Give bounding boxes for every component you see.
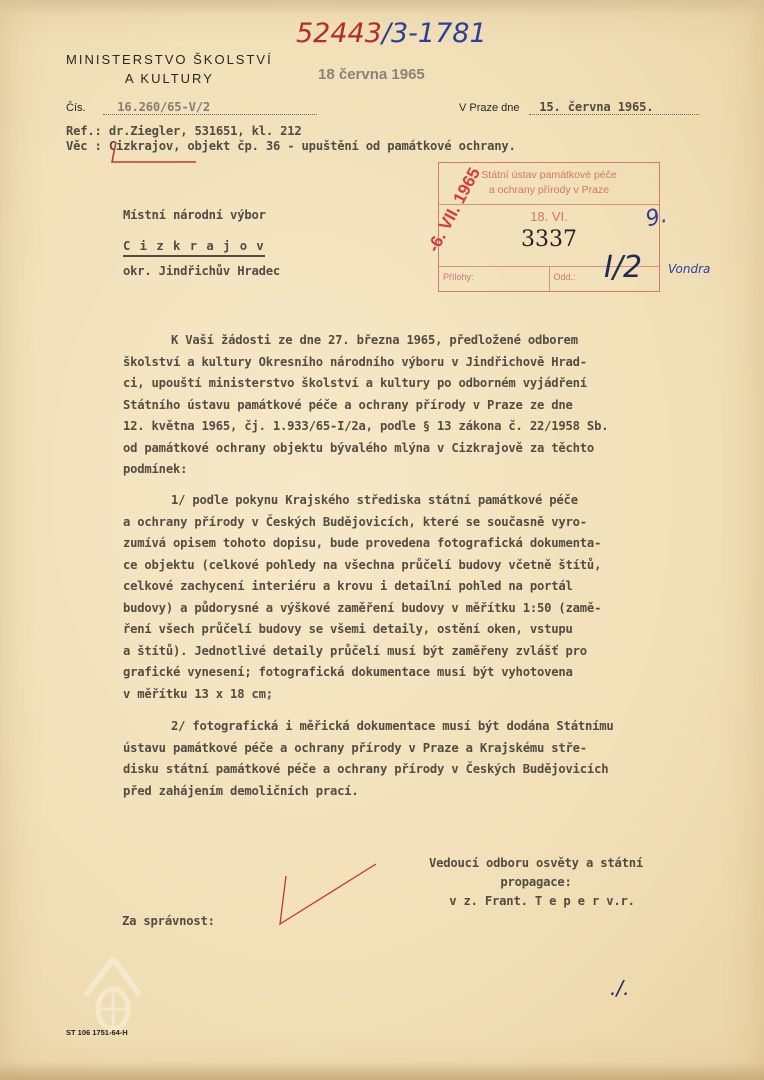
body-line: ření všech průčelí budovy se všemi detai… <box>123 619 733 641</box>
body-line: podmínek: <box>123 459 733 481</box>
paper-edge-top <box>0 0 764 14</box>
place-date-label: V Praze dne <box>459 102 520 114</box>
signature-title: Vedoucí odboru osvěty a státní <box>396 854 676 873</box>
letterhead-line-2: A KULTURY <box>66 69 273 88</box>
body-paragraph-1: K Vaší žádosti ze dne 27. března 1965, p… <box>123 330 733 481</box>
body-line: ústavu památkové péče a ochrany přírody … <box>123 738 733 760</box>
referent-line: Ref.: dr.Ziegler, 531651, kl. 212 <box>66 124 302 138</box>
registry-stamp-number: 3337 <box>439 227 659 252</box>
body-line: zumívá opisem tohoto dopisu, bude proved… <box>123 533 733 555</box>
document-page: 52443/3-1781 MINISTERSTVO ŠKOLSTVÍ A KUL… <box>0 0 764 1080</box>
signature-name: v z. Frant. T e p e r v.r. <box>396 892 676 911</box>
red-check-mark <box>272 860 382 930</box>
condition-item-2: 2/ fotografická i měřická dokumentace mu… <box>123 716 733 802</box>
certification-label: Za správnost: <box>122 914 215 928</box>
form-code: ST 106 1751-64-H <box>66 1028 128 1037</box>
handwritten-reference-red: 52443 <box>296 18 382 49</box>
handwritten-reference-blue: /3-1781 <box>382 18 487 49</box>
handwritten-reference: 52443/3-1781 <box>296 18 487 49</box>
addressee-line-1: Místní národní výbor <box>123 208 266 222</box>
watermark-logo <box>78 955 148 1035</box>
subject-label: Věc : <box>66 139 102 153</box>
body-line: disku státní památkové péče a ochrany př… <box>123 759 733 781</box>
registry-stamp-received: 18. VI. <box>439 209 659 224</box>
reference-number-label: Čís. <box>66 102 86 114</box>
body-line: celkové zachycení interiéru a krovu i de… <box>123 576 733 598</box>
reference-number: Čís. 16.260/65-V/2 <box>66 96 317 115</box>
body-line: od památkové ochrany objektu bývalého ml… <box>123 438 733 460</box>
received-date-stamp: 18 června 1965 <box>318 66 425 83</box>
condition-item-1: 1/ podle pokynu Krajského střediska stát… <box>123 490 733 705</box>
body-line: před zahájením demoličních prací. <box>123 781 733 803</box>
signature-department: propagace: <box>396 873 676 892</box>
body-line: K Vaší žádosti ze dne 27. března 1965, p… <box>123 330 733 352</box>
body-line: a ochrany přírody v Českých Budějovicích… <box>123 512 733 534</box>
signature-block: Vedoucí odboru osvěty a státní propagace… <box>396 854 676 911</box>
body-line: grafické vynesení; fotografická dokument… <box>123 662 733 684</box>
body-line: ci, upouští ministerstvo školství a kult… <box>123 373 733 395</box>
body-line: 12. května 1965, čj. 1.933/65-I/2a, podl… <box>123 416 733 438</box>
paper-edge-bottom <box>0 1062 764 1080</box>
handwritten-department: I/2 <box>604 250 642 285</box>
reference-number-value: 16.260/65-V/2 <box>103 100 317 115</box>
place-date: V Praze dne 15. června 1965. <box>459 96 699 115</box>
letterhead: MINISTERSTVO ŠKOLSTVÍ A KULTURY <box>66 50 273 88</box>
body-line: budovy) a půdorysné a výškové zaměření b… <box>123 598 733 620</box>
continuation-mark: ./. <box>610 976 629 1000</box>
addressee-line-3: okr. Jindřichův Hradec <box>123 264 280 278</box>
body-line: Státního ústavu památkové péče a ochrany… <box>123 395 733 417</box>
registry-stamp-attachments: Přílohy: <box>439 267 549 291</box>
red-underline-mark <box>108 138 198 166</box>
body-line: 1/ podle pokynu Krajského střediska stát… <box>123 490 733 512</box>
letterhead-line-1: MINISTERSTVO ŠKOLSTVÍ <box>66 50 273 69</box>
handwritten-name: Vondra <box>668 262 710 276</box>
addressee-line-2: C i z k r a j o v <box>123 239 265 257</box>
body-line: v měřítku 13 x 18 cm; <box>123 684 733 706</box>
body-line: ce objektu (celkové pohledy na všechna p… <box>123 555 733 577</box>
body-line: a štítů). Jednotlivé detaily průčelí mus… <box>123 641 733 663</box>
place-date-value: 15. června 1965. <box>529 100 699 115</box>
body-line: školství a kultury Okresního národního v… <box>123 352 733 374</box>
body-line: 2/ fotografická i měřická dokumentace mu… <box>123 716 733 738</box>
